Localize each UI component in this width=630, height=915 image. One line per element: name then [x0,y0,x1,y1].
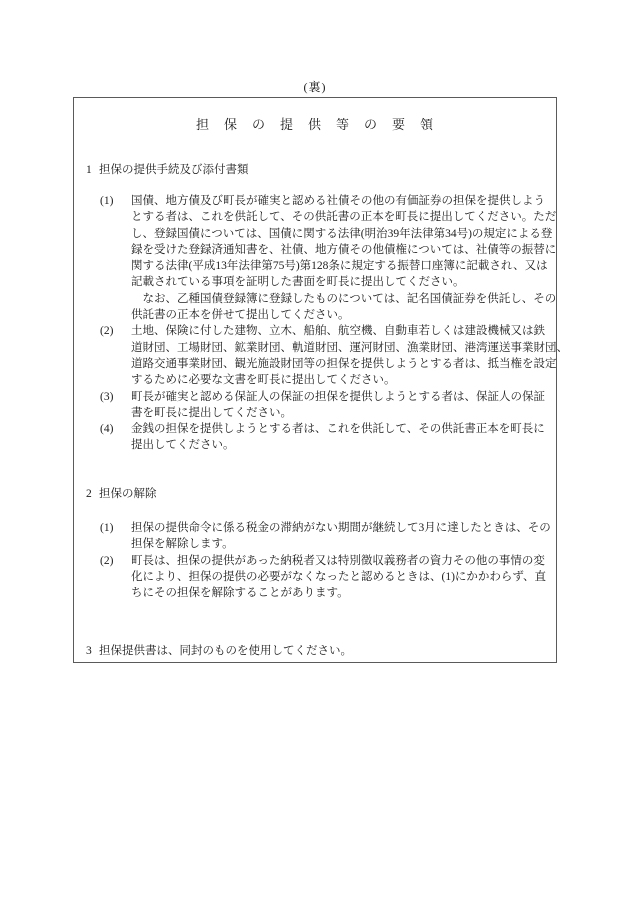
section-number: 3 [86,644,99,659]
document-title: 担 保 の 提 供 等 の 要 領 [74,114,556,133]
text-line: 担保の提供命令に係る税金の滞納がない期間が継続して3月に達したときは、その [131,520,553,536]
text-line: 金銭の担保を提供しようとする者は、これを供託して、その供託書正本を町長に [131,421,553,437]
item-label: (2) [100,553,113,569]
section-body: (1)担保の提供命令に係る税金の滞納がない期間が継続して3月に達したときは、その… [131,520,553,601]
text-line: 国債、地方債及び町長が確実と認める社債その他の有価証券の担保を提供しよう [131,193,553,209]
text-line: 記載されている事項を証明した書面を町長に提出してください。 [131,274,553,290]
section-heading: 2担保の解除 [86,487,157,502]
text-line: 供託書の正本を併せて提出してください。 [131,307,553,323]
item-label: (1) [100,520,113,536]
text-line: 録を受けた登録済通知書を、社債、地方債その他債権については、社債等の振替に [131,242,553,258]
text-line: ちにその担保を解除することがあります。 [131,585,553,601]
document-frame: 担 保 の 提 供 等 の 要 領 1担保の提供手続及び添付書類(1)国債、地方… [73,97,557,663]
item-label: (3) [100,389,113,405]
text-line: なお、乙種国債登録簿に登録したものについては、記名国債証券を供託し、その [131,291,553,307]
text-line: 道財団、工場財団、鉱業財団、軌道財団、運河財団、漁業財団、港湾運送事業財団、 [131,340,553,356]
section-number: 1 [86,163,99,178]
back-side-label: (裏) [0,78,630,95]
text-line: 関する法律(平成13年法律第75号)第128条に規定する振替口座簿に記載され、又… [131,258,553,274]
list-item: (1)国債、地方債及び町長が確実と認める社債その他の有価証券の担保を提供しようと… [131,193,553,323]
list-item: (3)町長が確実と認める保証人の保証の担保を提供しようとする者は、保証人の保証書… [131,389,553,422]
text-line: 化により、担保の提供の必要がなくなったと認めるときは、(1)にかかわらず、直 [131,569,553,585]
text-line: 土地、保険に付した建物、立木、船舶、航空機、自動車若しくは建設機械又は鉄 [131,323,553,339]
text-line: とする者は、これを供託して、その供託書の正本を町長に提出してください。ただ [131,209,553,225]
text-line: 道路交通事業財団、観光施設財団等の担保を提供しようとする者は、抵当権を設定 [131,356,553,372]
item-label: (2) [100,323,113,339]
section-heading-text: 担保の解除 [99,488,157,500]
section-heading: 3担保提供書は、同封のものを使用してください。 [86,644,352,659]
section-number: 2 [86,487,99,502]
item-label: (1) [100,193,113,209]
section-heading: 1担保の提供手続及び添付書類 [86,163,249,178]
text-line: 担保を解除します。 [131,536,553,552]
text-line: 町長が確実と認める保証人の保証の担保を提供しようとする者は、保証人の保証 [131,389,553,405]
list-item: (1)担保の提供命令に係る税金の滞納がない期間が継続して3月に達したときは、その… [131,520,553,553]
list-item: (2)町長は、担保の提供があった納税者又は特別徴収義務者の資力その他の事情の変化… [131,553,553,602]
text-line: 提出してください。 [131,437,553,453]
list-item: (4)金銭の担保を提供しようとする者は、これを供託して、その供託書正本を町長に提… [131,421,553,454]
text-line: し、登録国債については、国債に関する法律(明治39年法律第34号)の規定による登 [131,226,553,242]
section-body: (1)国債、地方債及び町長が確実と認める社債その他の有価証券の担保を提供しようと… [131,193,553,454]
list-item: (2)土地、保険に付した建物、立木、船舶、航空機、自動車若しくは建設機械又は鉄道… [131,323,553,388]
text-line: 町長は、担保の提供があった納税者又は特別徴収義務者の資力その他の事情の変 [131,553,553,569]
section-heading-text: 担保の提供手続及び添付書類 [99,164,249,176]
section-heading-text: 担保提供書は、同封のものを使用してください。 [99,645,352,657]
text-line: 書を町長に提出してください。 [131,405,553,421]
text-line: するために必要な文書を町長に提出してください。 [131,372,553,388]
item-label: (4) [100,421,113,437]
document-page: (裏) 担 保 の 提 供 等 の 要 領 1担保の提供手続及び添付書類(1)国… [0,0,630,915]
